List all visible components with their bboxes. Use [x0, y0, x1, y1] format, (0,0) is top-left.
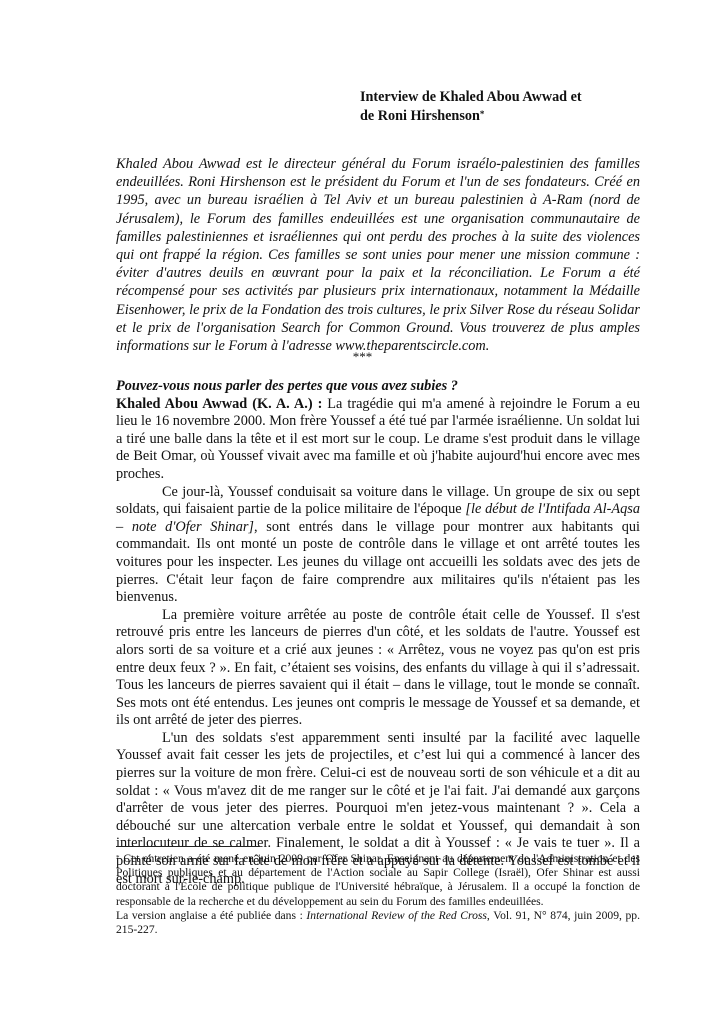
- answer-paragraph-3: La première voiture arrêtée au poste de …: [116, 607, 640, 730]
- speaker-label: Khaled Abou Awwad (K. A. A.) :: [116, 396, 322, 412]
- footnote-marker: *: [480, 109, 485, 119]
- footnote: * Cet entretien a été mené en juin 2009 …: [116, 852, 640, 937]
- section-separator: ***: [0, 349, 725, 365]
- intro-paragraph: Khaled Abou Awwad est le directeur génér…: [116, 155, 640, 355]
- answer-paragraph-2: Ce jour-là, Youssef conduisait sa voitur…: [116, 484, 640, 607]
- title-line-1: Interview de Khaled Abou Awwad et: [360, 88, 582, 107]
- answer-paragraph-1: Khaled Abou Awwad (K. A. A.) : La tragéd…: [116, 396, 640, 484]
- interview-body: Pouvez-vous nous parler des pertes que v…: [116, 378, 640, 888]
- question: Pouvez-vous nous parler des pertes que v…: [116, 378, 640, 396]
- journal-title: International Review of the Red Cross: [306, 909, 487, 922]
- title-line-2: de Roni Hirshenson*: [360, 107, 582, 126]
- document-title: Interview de Khaled Abou Awwad et de Ron…: [360, 88, 582, 126]
- footnote-divider: [116, 846, 260, 847]
- footnote-text-1: * Cet entretien a été mené en juin 2009 …: [116, 852, 640, 909]
- footnote-text-2: La version anglaise a été publiée dans :…: [116, 909, 640, 937]
